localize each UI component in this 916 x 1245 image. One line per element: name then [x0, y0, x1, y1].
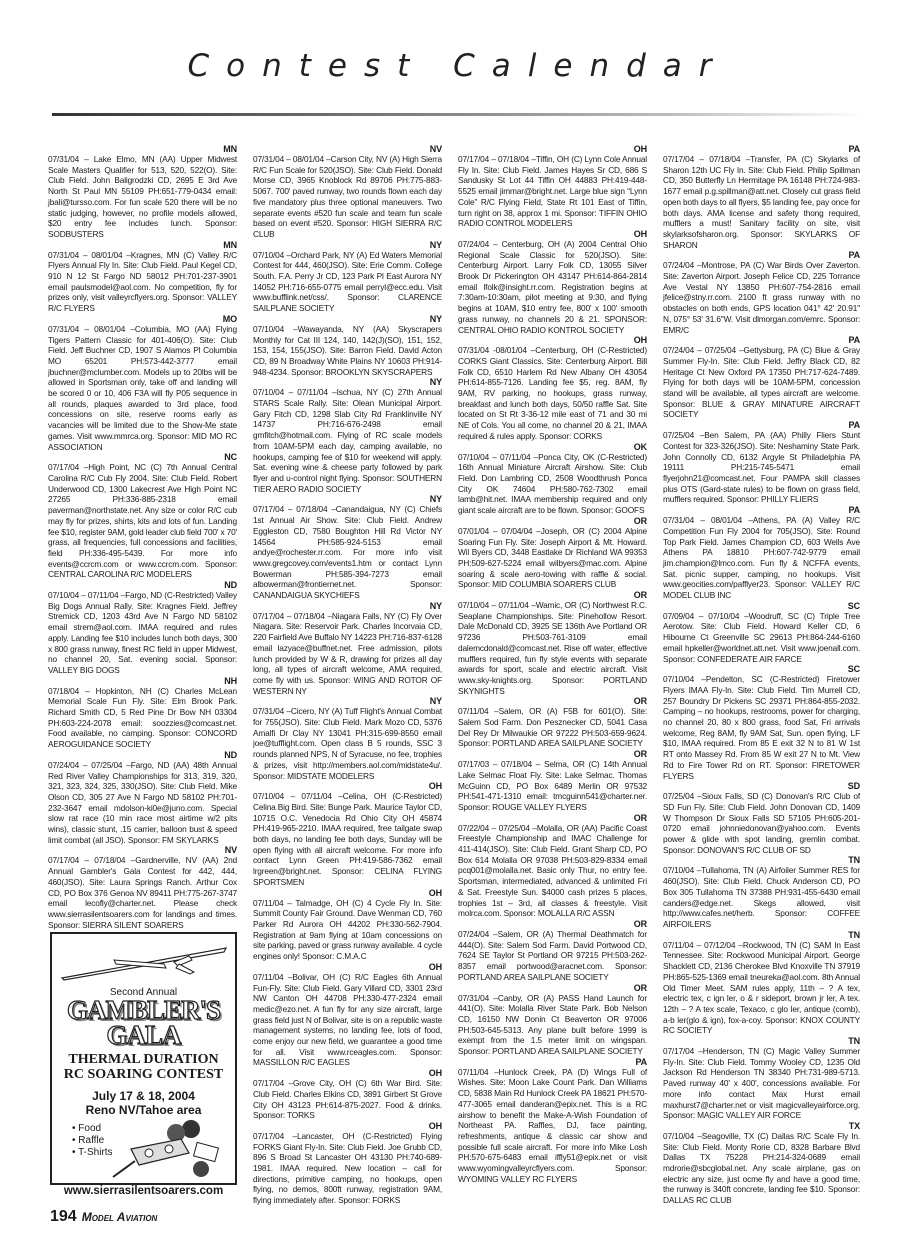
entry-text: 07/17/04 – 07/18/04 –Gardnerville, NV (A… [48, 855, 237, 930]
calendar-entry: NV07/31/04 – 08/01/04 –Carson City, NV (… [253, 144, 442, 240]
calendar-entry: PA07/31/04 – 08/01/04 –Athens, PA (A) Va… [663, 505, 860, 601]
state-label: MN [48, 144, 237, 154]
entry-text: 07/17/04 – 07/18/04 –Canandaigua, NY (C)… [253, 504, 442, 600]
entry-text: 07/10/04 –Tullahoma, TN (A) Airfoiler Su… [663, 865, 860, 929]
calendar-entry: OH07/24/04 – Centerburg, OH (A) 2004 Cen… [458, 229, 647, 335]
calendar-entry: NY07/10/04 –Wawayanda, NY (AA) Skyscrape… [253, 314, 442, 378]
ad-title-line2: GALA [52, 1023, 235, 1048]
state-label: OR [458, 919, 647, 929]
state-label: OR [458, 696, 647, 706]
entry-text: 07/24/04 – 07/25/04 –Fargo, ND (AA) 48th… [48, 760, 237, 846]
state-label: TX [663, 1121, 860, 1131]
state-label: OH [253, 1121, 442, 1131]
state-label: MO [48, 314, 237, 324]
calendar-entry: PA07/24/04 – 07/25/04 –Gettysburg, PA (C… [663, 335, 860, 420]
entry-text: 07/25/04 –Ben Salem, PA (AA) Philly Flie… [663, 430, 860, 505]
state-label: NV [253, 144, 442, 154]
calendar-entry: ND07/24/04 – 07/25/04 –Fargo, ND (AA) 48… [48, 750, 237, 846]
entry-text: 07/10/04 –Wawayanda, NY (AA) Skyscrapers… [253, 324, 442, 378]
calendar-entry: SC07/09/04 – 07/10/04 –Woodruff, SC (C) … [663, 601, 860, 665]
state-label: NY [253, 240, 442, 250]
calendar-entry: OH07/10/04 – 07/11/04 –Celina, OH (C-Res… [253, 781, 442, 887]
calendar-entry: MN07/31/04 – Lake Elmo, MN (AA) Upper Mi… [48, 144, 237, 240]
state-label: OR [458, 749, 647, 759]
calendar-entry: PA07/24/04 –Montrose, PA (C) War Birds O… [663, 250, 860, 335]
ad-website: www.sierrasilentsoarers.com [52, 1185, 235, 1197]
entry-text: 07/17/04 –Henderson, TN (C) Magic Valley… [663, 1046, 860, 1121]
state-label: SC [663, 664, 860, 674]
state-label: NY [253, 314, 442, 324]
entry-text: 07/09/04 – 07/10/04 –Woodruff, SC (C) Tr… [663, 611, 860, 665]
calendar-entry: OH07/31/04 -08/01/04 –Centerburg, OH (C-… [458, 335, 647, 441]
entry-text: 07/17/04 – 07/18/04 –Transfer, PA (C) Sk… [663, 154, 860, 250]
state-label: PA [663, 505, 860, 515]
state-label: PA [663, 250, 860, 260]
state-label: OH [458, 144, 647, 154]
state-label: OH [253, 781, 442, 791]
title-divider [52, 113, 867, 116]
calendar-entry: NY07/17/04 – 07/18/04 –Niagara Falls, NY… [253, 601, 442, 697]
entry-text: 07/11/04 – Talmadge, OH (C) 4 Cycle Fly … [253, 898, 442, 962]
state-label: OK [458, 442, 647, 452]
ad-bullets: • Food • Raffle • T-Shirts [72, 1123, 235, 1183]
calendar-entry: OR07/31/04 –Canby, OR (A) PASS Hand Laun… [458, 983, 647, 1057]
entry-text: 07/31/04 – Lake Elmo, MN (AA) Upper Midw… [48, 154, 237, 240]
state-label: PA [663, 144, 860, 154]
entry-text: 07/24/04 –Montrose, PA (C) War Birds Ove… [663, 260, 860, 335]
entry-text: 07/11/04 – 07/12/04 –Rockwood, TN (C) SA… [663, 940, 860, 1036]
column-1: MN07/31/04 – Lake Elmo, MN (AA) Upper Mi… [48, 144, 237, 930]
state-label: TN [663, 1036, 860, 1046]
entry-text: 07/17/04 –High Point, NC (C) 7th Annual … [48, 462, 237, 580]
entry-text: 07/10/04 – 07/11/04 –Celina, OH (C-Restr… [253, 791, 442, 887]
entry-text: 07/18/04 – Hopkinton, NH (C) Charles McL… [48, 686, 237, 750]
calendar-entry: TN07/10/04 –Tullahoma, TN (A) Airfoiler … [663, 855, 860, 929]
calendar-entry: NY07/10/04 – 07/11/04 –Ischua, NY (C) 27… [253, 377, 442, 494]
page-number: 194 [50, 1208, 77, 1225]
calendar-entry: NC07/17/04 –High Point, NC (C) 7th Annua… [48, 452, 237, 580]
state-label: NY [253, 494, 442, 504]
state-label: SD [663, 781, 860, 791]
entry-text: 07/10/04 –Orchard Park, NY (A) Ed Waters… [253, 250, 442, 314]
state-label: OH [253, 1068, 442, 1078]
column-3: OH07/17/04 – 07/18/04 –Tiffin, OH (C) Ly… [458, 144, 647, 1184]
state-label: NV [48, 845, 237, 855]
calendar-entry: NY07/10/04 –Orchard Park, NY (A) Ed Wate… [253, 240, 442, 314]
calendar-entry: PA07/25/04 –Ben Salem, PA (AA) Philly Fl… [663, 420, 860, 505]
radio-transmitter-icon [111, 1119, 221, 1181]
entry-text: 07/10/04 – 07/11/04 –Ischua, NY (C) 27th… [253, 387, 442, 494]
state-label: MN [48, 240, 237, 250]
calendar-entry: MO07/31/04 – 08/01/04 –Columbia, MO (AA)… [48, 314, 237, 452]
calendar-entry: OH07/11/04 –Bolivar, OH (C) R/C Eagles 6… [253, 962, 442, 1068]
state-label: OR [458, 516, 647, 526]
calendar-entry: OH07/17/04 – 07/18/04 –Tiffin, OH (C) Ly… [458, 144, 647, 229]
state-label: TN [663, 930, 860, 940]
state-label: PA [458, 1057, 647, 1067]
calendar-entry: PA07/17/04 – 07/18/04 –Transfer, PA (C) … [663, 144, 860, 250]
entry-text: 07/31/04 -08/01/04 –Centerburg, OH (C-Re… [458, 345, 647, 441]
calendar-entry: NV07/17/04 – 07/18/04 –Gardnerville, NV … [48, 845, 237, 930]
state-label: NY [253, 696, 442, 706]
calendar-entry: SC07/10/04 –Pendelton, SC (C-Restricted)… [663, 664, 860, 781]
state-label: OR [458, 813, 647, 823]
calendar-entry: OR07/24/04 –Salem, OR (A) Thermal Deathm… [458, 919, 647, 983]
state-label: OR [458, 983, 647, 993]
state-label: OH [253, 962, 442, 972]
ad-heading-line2: RC SOARING CONTEST [52, 1067, 235, 1082]
state-label: OH [458, 229, 647, 239]
calendar-entry: ND07/10/04 – 07/11/04 –Fargo, ND (C-Rest… [48, 580, 237, 676]
column-4: PA07/17/04 – 07/18/04 –Transfer, PA (C) … [663, 144, 860, 1206]
entry-text: 07/17/04 – 07/18/04 –Tiffin, OH (C) Lynn… [458, 154, 647, 229]
entry-text: 07/25/04 –Sioux Falls, SD (C) Donovan's … [663, 791, 860, 855]
calendar-entry: MN07/31/04 – 08/01/04 –Kragnes, MN (C) V… [48, 240, 237, 314]
glider-icon [54, 942, 234, 982]
entry-text: 07/31/04 – 08/01/04 –Columbia, MO (AA) F… [48, 324, 237, 452]
calendar-entry: TN07/17/04 –Henderson, TN (C) Magic Vall… [663, 1036, 860, 1121]
state-label: NY [253, 601, 442, 611]
calendar-entry: TX07/10/04 –Seagoville, TX (C) Dallas R/… [663, 1121, 860, 1206]
entry-text: 07/11/04 –Hunlock Creek, PA (D) Wings Fu… [458, 1067, 647, 1185]
column-2: NV07/31/04 – 08/01/04 –Carson City, NV (… [253, 144, 442, 1206]
calendar-entry: OR07/10/04 – 07/11/04 –Wamic, OR (C) Nor… [458, 590, 647, 696]
calendar-entry: OR07/11/04 –Salem, OR (A) F5B for 601(O)… [458, 696, 647, 749]
entry-text: 07/11/04 –Salem, OR (A) F5B for 601(O). … [458, 706, 647, 749]
state-label: NY [253, 377, 442, 387]
calendar-entry: OH07/17/04 –Lancaster, OH (C-Restricted)… [253, 1121, 442, 1206]
entry-text: 07/31/04 – 08/01/04 –Athens, PA (A) Vall… [663, 515, 860, 601]
entry-text: 07/17/04 –Lancaster, OH (C-Restricted) F… [253, 1131, 442, 1206]
entry-text: 07/10/04 – 07/11/04 –Fargo, ND (C-Restri… [48, 590, 237, 676]
calendar-entry: OR07/22/04 – 07/25/04 –Molalla, OR (AA) … [458, 813, 647, 919]
state-label: OR [458, 590, 647, 600]
entry-text: 07/01/04 – 07/04/04 –Joseph, OR (C) 2004… [458, 526, 647, 590]
entry-text: 07/11/04 –Bolivar, OH (C) R/C Eagles 6th… [253, 972, 442, 1068]
calendar-entry: OH07/17/04 –Grove City, OH (C) 6th War B… [253, 1068, 442, 1121]
entry-text: 07/22/04 – 07/25/04 –Molalla, OR (AA) Pa… [458, 823, 647, 919]
entry-text: 07/24/04 – Centerburg, OH (A) 2004 Centr… [458, 239, 647, 335]
page-title: Contest Calendar [0, 48, 916, 84]
state-label: SC [663, 601, 860, 611]
entry-text: 07/24/04 –Salem, OR (A) Thermal Deathmat… [458, 929, 647, 983]
entry-text: 07/31/04 –Canby, OR (A) PASS Hand Launch… [458, 993, 647, 1057]
calendar-entry: NY07/31/04 –Cicero, NY (A) Tuff Flight's… [253, 696, 442, 781]
ad-date: July 17 & 18, 2004 [52, 1089, 235, 1103]
calendar-entry: OR07/17/03 – 07/18/04 – Selma, OR (C) 14… [458, 749, 647, 813]
calendar-entry: OH07/11/04 – Talmadge, OH (C) 4 Cycle Fl… [253, 888, 442, 962]
state-label: OH [253, 888, 442, 898]
entry-text: 07/31/04 –Cicero, NY (A) Tuff Flight's A… [253, 706, 442, 781]
state-label: ND [48, 580, 237, 590]
calendar-entry: OK07/10/04 – 07/11/04 –Ponca City, OK (C… [458, 442, 647, 516]
state-label: NC [48, 452, 237, 462]
ad-location: Reno NV/Tahoe area [52, 1103, 235, 1117]
magazine-name: Model Aviation [82, 1210, 158, 1224]
state-label: TN [663, 855, 860, 865]
entry-text: 07/24/04 – 07/25/04 –Gettysburg, PA (C) … [663, 345, 860, 420]
page-footer: 194Model Aviation [50, 1208, 157, 1226]
calendar-entry: OR07/01/04 – 07/04/04 –Joseph, OR (C) 20… [458, 516, 647, 590]
entry-text: 07/17/03 – 07/18/04 – Selma, OR (C) 14th… [458, 759, 647, 813]
state-label: NH [48, 676, 237, 686]
state-label: PA [663, 335, 860, 345]
entry-text: 07/17/04 – 07/18/04 –Niagara Falls, NY (… [253, 611, 442, 697]
calendar-entry: NH07/18/04 – Hopkinton, NH (C) Charles M… [48, 676, 237, 750]
entry-text: 07/17/04 –Grove City, OH (C) 6th War Bir… [253, 1078, 442, 1121]
ad-heading-line1: THERMAL DURATION [52, 1052, 235, 1067]
entry-text: 07/10/04 –Pendelton, SC (C-Restricted) F… [663, 674, 860, 781]
calendar-entry: NY07/17/04 – 07/18/04 –Canandaigua, NY (… [253, 494, 442, 600]
entry-text: 07/10/04 –Seagoville, TX (C) Dallas R/C … [663, 1131, 860, 1206]
state-label: ND [48, 750, 237, 760]
entry-text: 07/31/04 – 08/01/04 –Carson City, NV (A)… [253, 154, 442, 240]
entry-text: 07/31/04 – 08/01/04 –Kragnes, MN (C) Val… [48, 250, 237, 314]
calendar-entry: SD07/25/04 –Sioux Falls, SD (C) Donovan'… [663, 781, 860, 855]
calendar-entry: TN07/11/04 – 07/12/04 –Rockwood, TN (C) … [663, 930, 860, 1036]
gamblers-gala-advertisement: Second Annual GAMBLER'S GALA THERMAL DUR… [50, 932, 237, 1185]
entry-text: 07/10/04 – 07/11/04 –Ponca City, OK (C-R… [458, 452, 647, 516]
entry-text: 07/10/04 – 07/11/04 –Wamic, OR (C) North… [458, 600, 647, 696]
state-label: PA [663, 420, 860, 430]
calendar-entry: PA07/11/04 –Hunlock Creek, PA (D) Wings … [458, 1057, 647, 1185]
state-label: OH [458, 335, 647, 345]
